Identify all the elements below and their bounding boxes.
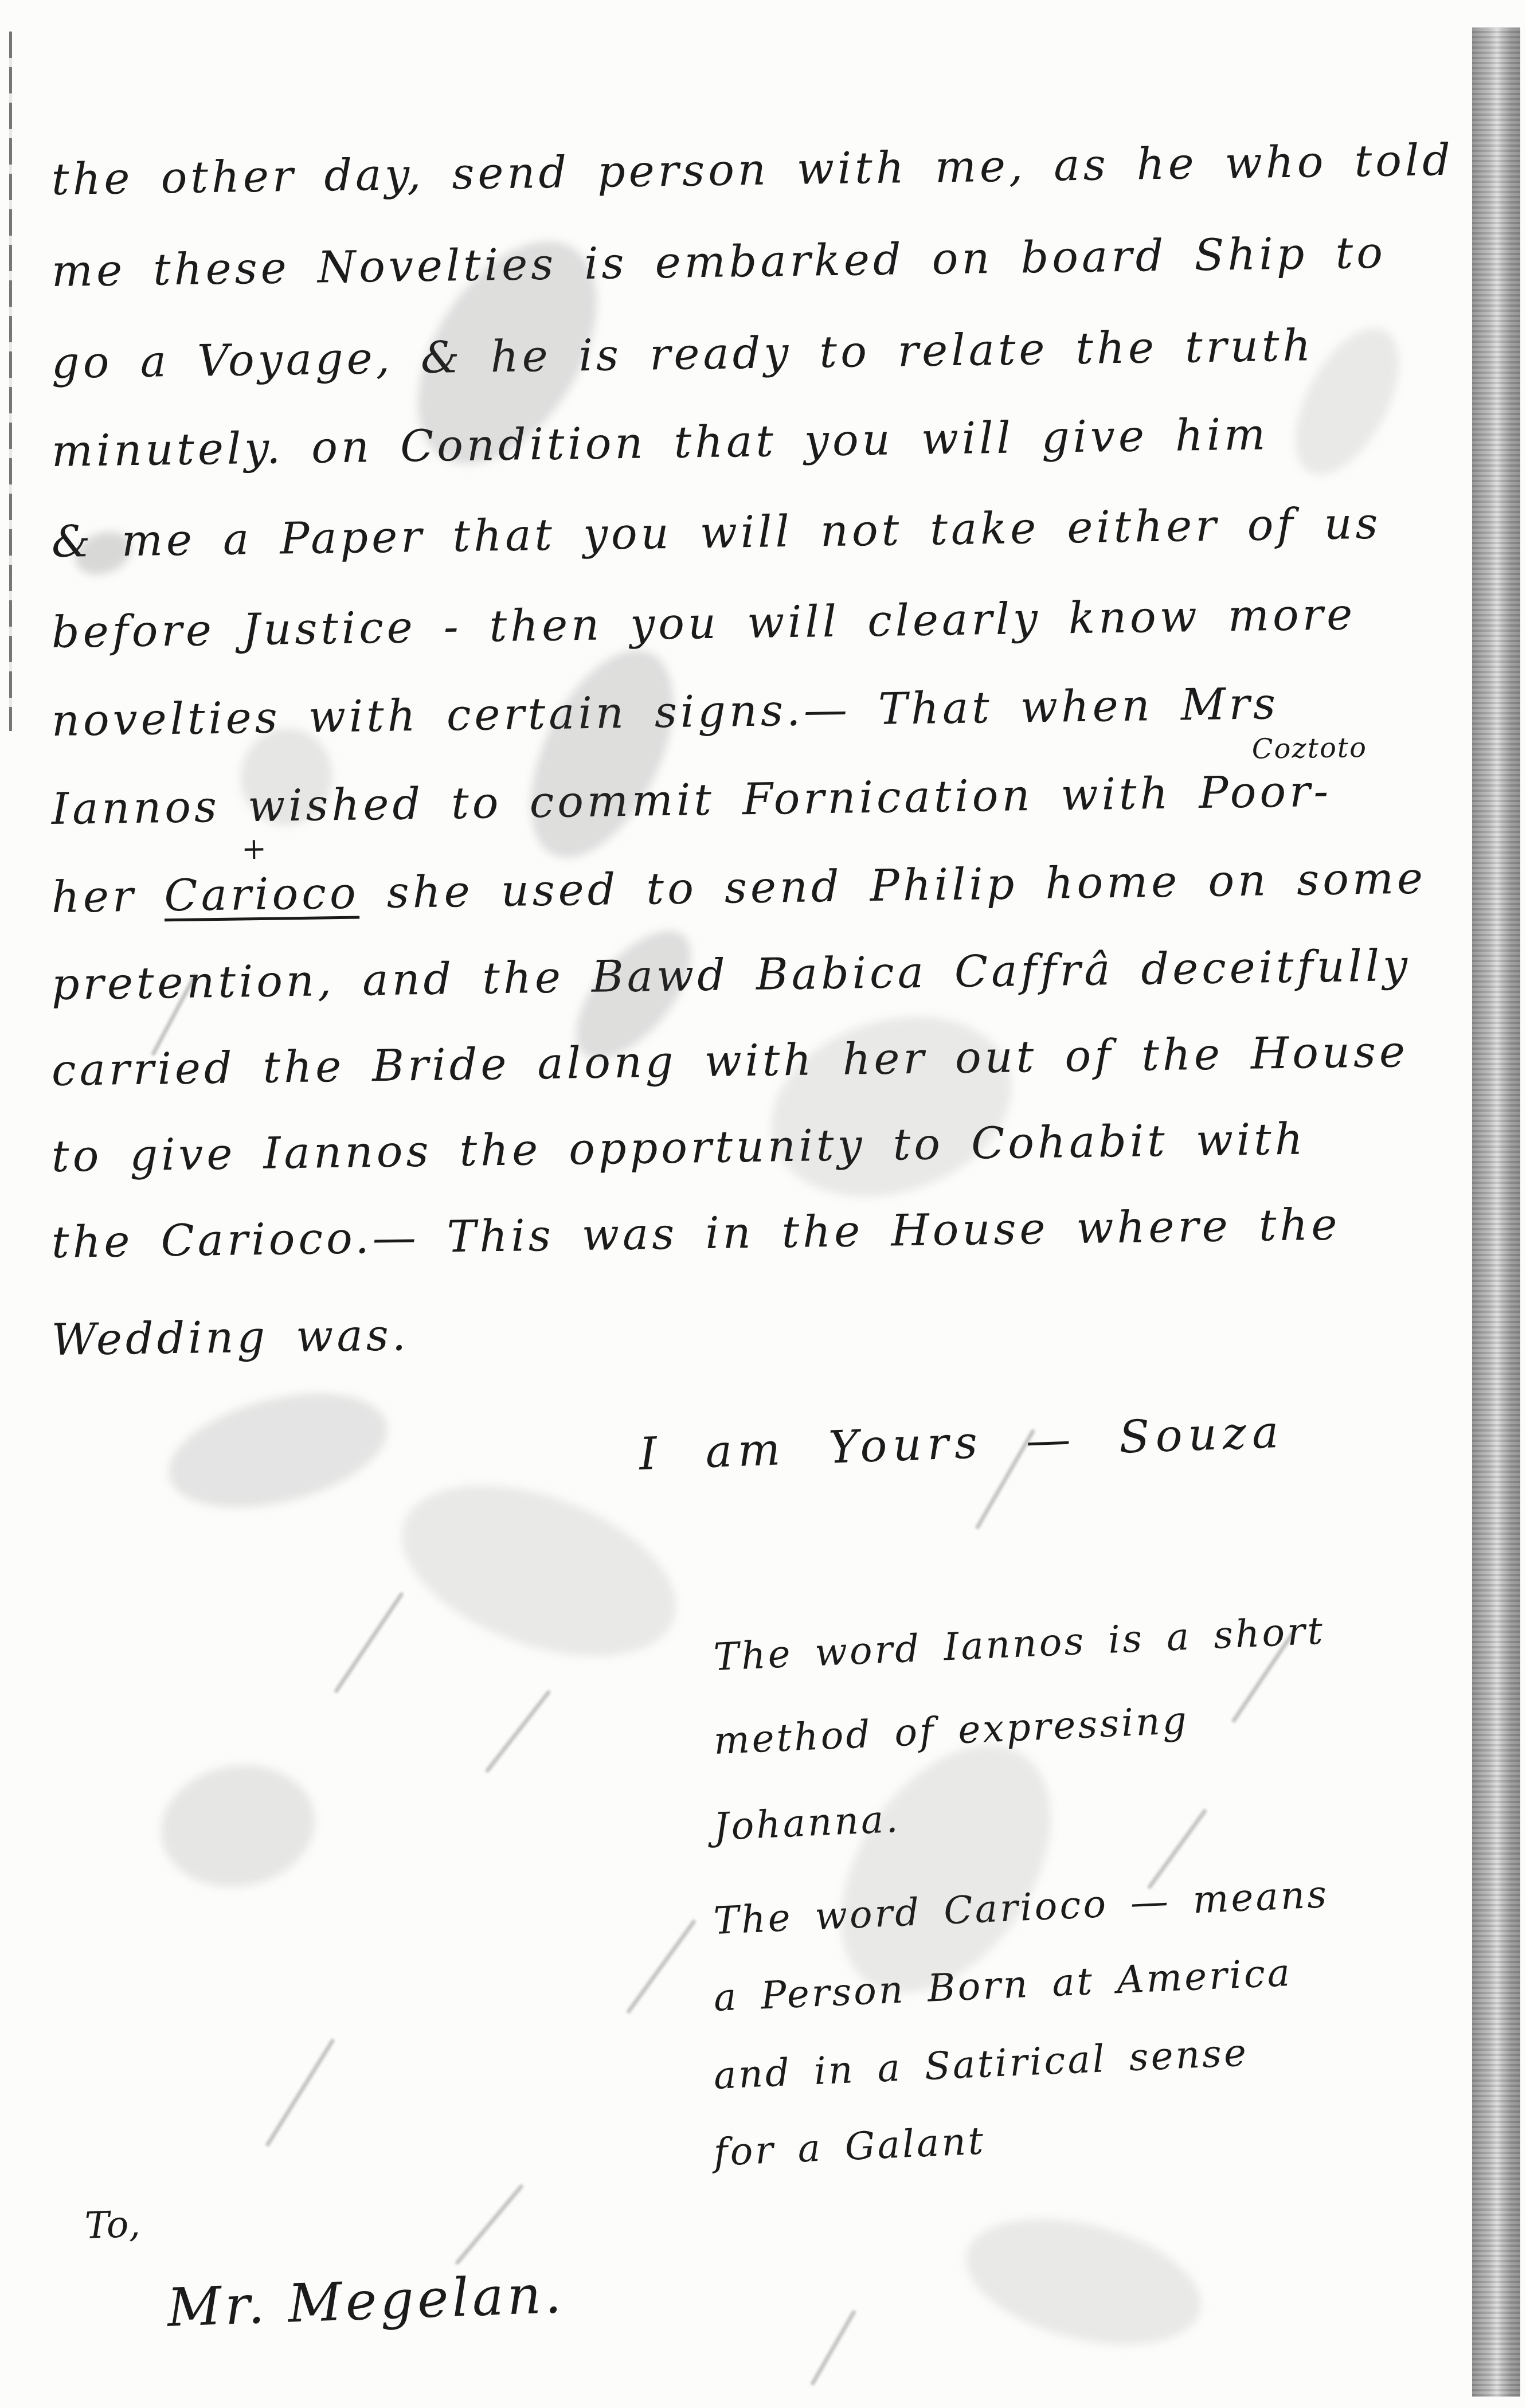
ink-smudge [379,1452,699,1690]
manuscript-page: the other day, send person with me, as h… [0,0,1526,2408]
bleedthrough-stroke [626,1919,697,2014]
letter-line: pretention, and the Bawd Babica Caffrâ d… [51,940,1411,1010]
ink-smudge [748,987,1035,1226]
scan-edge-line [9,32,12,731]
bleedthrough-stroke [810,2309,856,2386]
letter-line: carried the Bride along with her out of … [51,1026,1408,1096]
scan-gutter-band [1472,28,1520,2397]
letter-line: the other day, send person with me, as h… [51,134,1454,205]
letter-line: Wedding was. [51,1309,409,1365]
underlined-word-text: Carioco [164,867,359,921]
ink-smudge [953,2197,1214,2367]
caret-mark: + [241,832,270,867]
ink-smudge [151,1753,324,1899]
letter-line: before Justice - then you will clearly k… [51,588,1356,658]
bleedthrough-stroke [484,1690,551,1773]
bleedthrough-stroke [334,1592,404,1694]
ink-smudge [157,1373,399,1527]
letter-line: go a Voyage, & he is ready to relate the… [51,319,1314,388]
letter-line: minutely. on Condition that you will giv… [51,408,1269,476]
note-line: for a Galant [713,2118,986,2175]
letter-line: me these Novelties is embarked on board … [51,226,1386,296]
signature-line: I am Yours — Souza [638,1406,1285,1480]
letter-line: the Carioco.— This was in the House wher… [51,1199,1340,1268]
letter-line: & me a Paper that you will not take eith… [51,498,1382,567]
address-to: To, [84,2203,141,2247]
note-line: a Person Born at America [713,1950,1293,2020]
letter-line: to give Iannos the opportunity to Cohabi… [51,1113,1306,1182]
interlined-insertion-word: Coztoto [1251,732,1367,765]
note-line: The word Iannos is a short [713,1608,1325,1679]
ink-smudge [502,628,703,879]
note-line: and in a Satirical sense [713,2030,1249,2098]
underlined-word: +Carioco [164,867,359,921]
letter-line-text: she used to send Philip home on some [359,853,1427,918]
letter-line-with-underline: her +Carioco she used to send Philip hom… [51,853,1426,922]
address-name: Mr. Megelan. [166,2264,566,2339]
letter-line-text: her [51,870,165,922]
bleedthrough-stroke [455,2184,524,2265]
bleedthrough-stroke [265,2038,335,2147]
